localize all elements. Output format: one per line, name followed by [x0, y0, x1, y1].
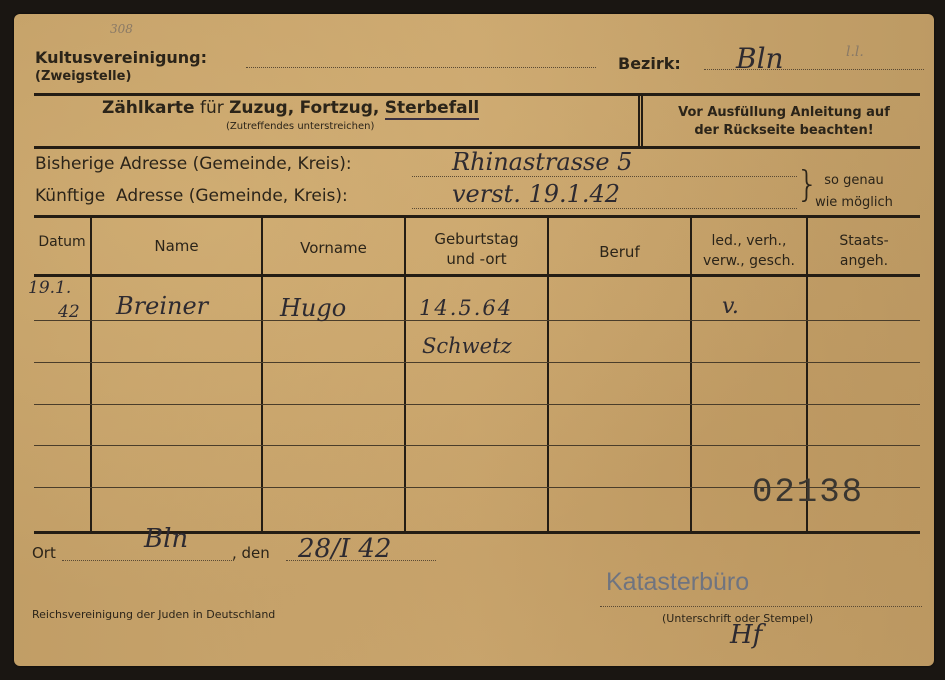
signature-initials: Hf	[730, 620, 762, 650]
address-hint-line2: wie möglich	[814, 192, 894, 214]
ort-label: Ort	[32, 544, 56, 562]
table-top-border	[34, 215, 920, 218]
future-address-label: Künftige Adresse (Gemeinde, Kreis):	[35, 186, 348, 206]
row-line-2	[34, 362, 920, 363]
header-geburtstag: Geburtstag und -ort	[406, 229, 547, 269]
title-option-sterbefall: Sterbefall	[385, 98, 480, 120]
title-divider	[638, 95, 643, 147]
ort-field[interactable]	[62, 560, 234, 561]
address-hint: so genau wie möglich	[814, 170, 894, 214]
ort-value: Bln	[144, 524, 188, 554]
header-name: Name	[92, 236, 261, 256]
address-hint-line1: so genau	[814, 170, 894, 192]
signature-field[interactable]	[600, 606, 922, 607]
kultusvereinigung-label: Kultusvereinigung:	[35, 48, 207, 67]
previous-address-value: Rhinastrasse 5	[452, 148, 632, 176]
cell-datum-line2: 42	[58, 302, 80, 322]
future-address-value: verst. 19.1.42	[452, 180, 620, 208]
title-prefix: Zählkarte	[102, 98, 195, 118]
header-geburtstag-line1: Geburtstag	[406, 229, 547, 249]
instruction-line1: Vor Ausfüllung Anleitung auf	[648, 104, 920, 122]
previous-address-field[interactable]	[412, 176, 797, 177]
cell-vorname: Hugo	[280, 294, 346, 322]
date-value: 28/I 42	[298, 534, 391, 564]
divider-top	[34, 93, 920, 96]
title-option-fortzug: Fortzug,	[300, 98, 380, 118]
title-fuer: für	[200, 98, 224, 118]
den-label: , den	[232, 544, 270, 562]
header-familienstand-line2: verw., gesch.	[692, 251, 806, 271]
bezirk-value: Bln	[736, 42, 784, 75]
header-staats-line2: angeh.	[808, 251, 920, 271]
header-beruf: Beruf	[549, 242, 690, 262]
title-option-zuzug: Zuzug,	[229, 98, 294, 118]
bezirk-label: Bezirk:	[618, 54, 681, 73]
previous-address-label: Bisherige Adresse (Gemeinde, Kreis):	[35, 154, 352, 174]
cell-datum-line1: 19.1.	[28, 278, 71, 298]
title-note: (Zutreffendes unterstreichen)	[226, 121, 374, 132]
kultusvereinigung-field[interactable]	[246, 67, 596, 68]
col-divider-1	[90, 217, 92, 531]
row-line-1	[34, 320, 920, 321]
row-line-3	[34, 404, 920, 405]
zweigstelle-label: (Zweigstelle)	[35, 69, 131, 84]
header-familienstand: led., verh., verw., gesch.	[692, 231, 806, 271]
organization-name: Reichsvereinigung der Juden in Deutschla…	[32, 608, 275, 621]
header-staats-line1: Staats-	[808, 231, 920, 251]
future-address-field[interactable]	[412, 208, 797, 209]
serial-number-stamp: 02138	[752, 474, 864, 512]
header-geburtstag-line2: und -ort	[406, 249, 547, 269]
header-familienstand-line1: led., verh.,	[692, 231, 806, 251]
katasterbuero-stamp: Katasterbüro	[606, 568, 749, 597]
header-vorname: Vorname	[263, 238, 404, 258]
cell-familienstand: v.	[722, 294, 739, 319]
cell-geburtstag: 14.5.64	[419, 296, 513, 320]
cell-geburtsort: Schwetz	[422, 334, 512, 358]
header-datum: Datum	[34, 232, 90, 252]
card-title: Zählkarte für Zuzug, Fortzug, Sterbefall	[102, 98, 479, 118]
table-header-border	[34, 274, 920, 277]
row-line-4	[34, 445, 920, 446]
col-divider-4	[547, 217, 549, 531]
pencil-note-top: 308	[110, 22, 133, 36]
cell-name: Breiner	[116, 292, 208, 320]
instruction-line2: der Rückseite beachten!	[648, 122, 920, 140]
col-divider-2	[261, 217, 263, 531]
registration-card: 308 Kultusvereinigung: (Zweigstelle) Bez…	[14, 14, 934, 666]
instruction-note: Vor Ausfüllung Anleitung auf der Rücksei…	[648, 104, 920, 140]
header-staatsangehoerigkeit: Staats- angeh.	[808, 231, 920, 271]
bezirk-pencil-mark: l.l.	[846, 44, 864, 60]
